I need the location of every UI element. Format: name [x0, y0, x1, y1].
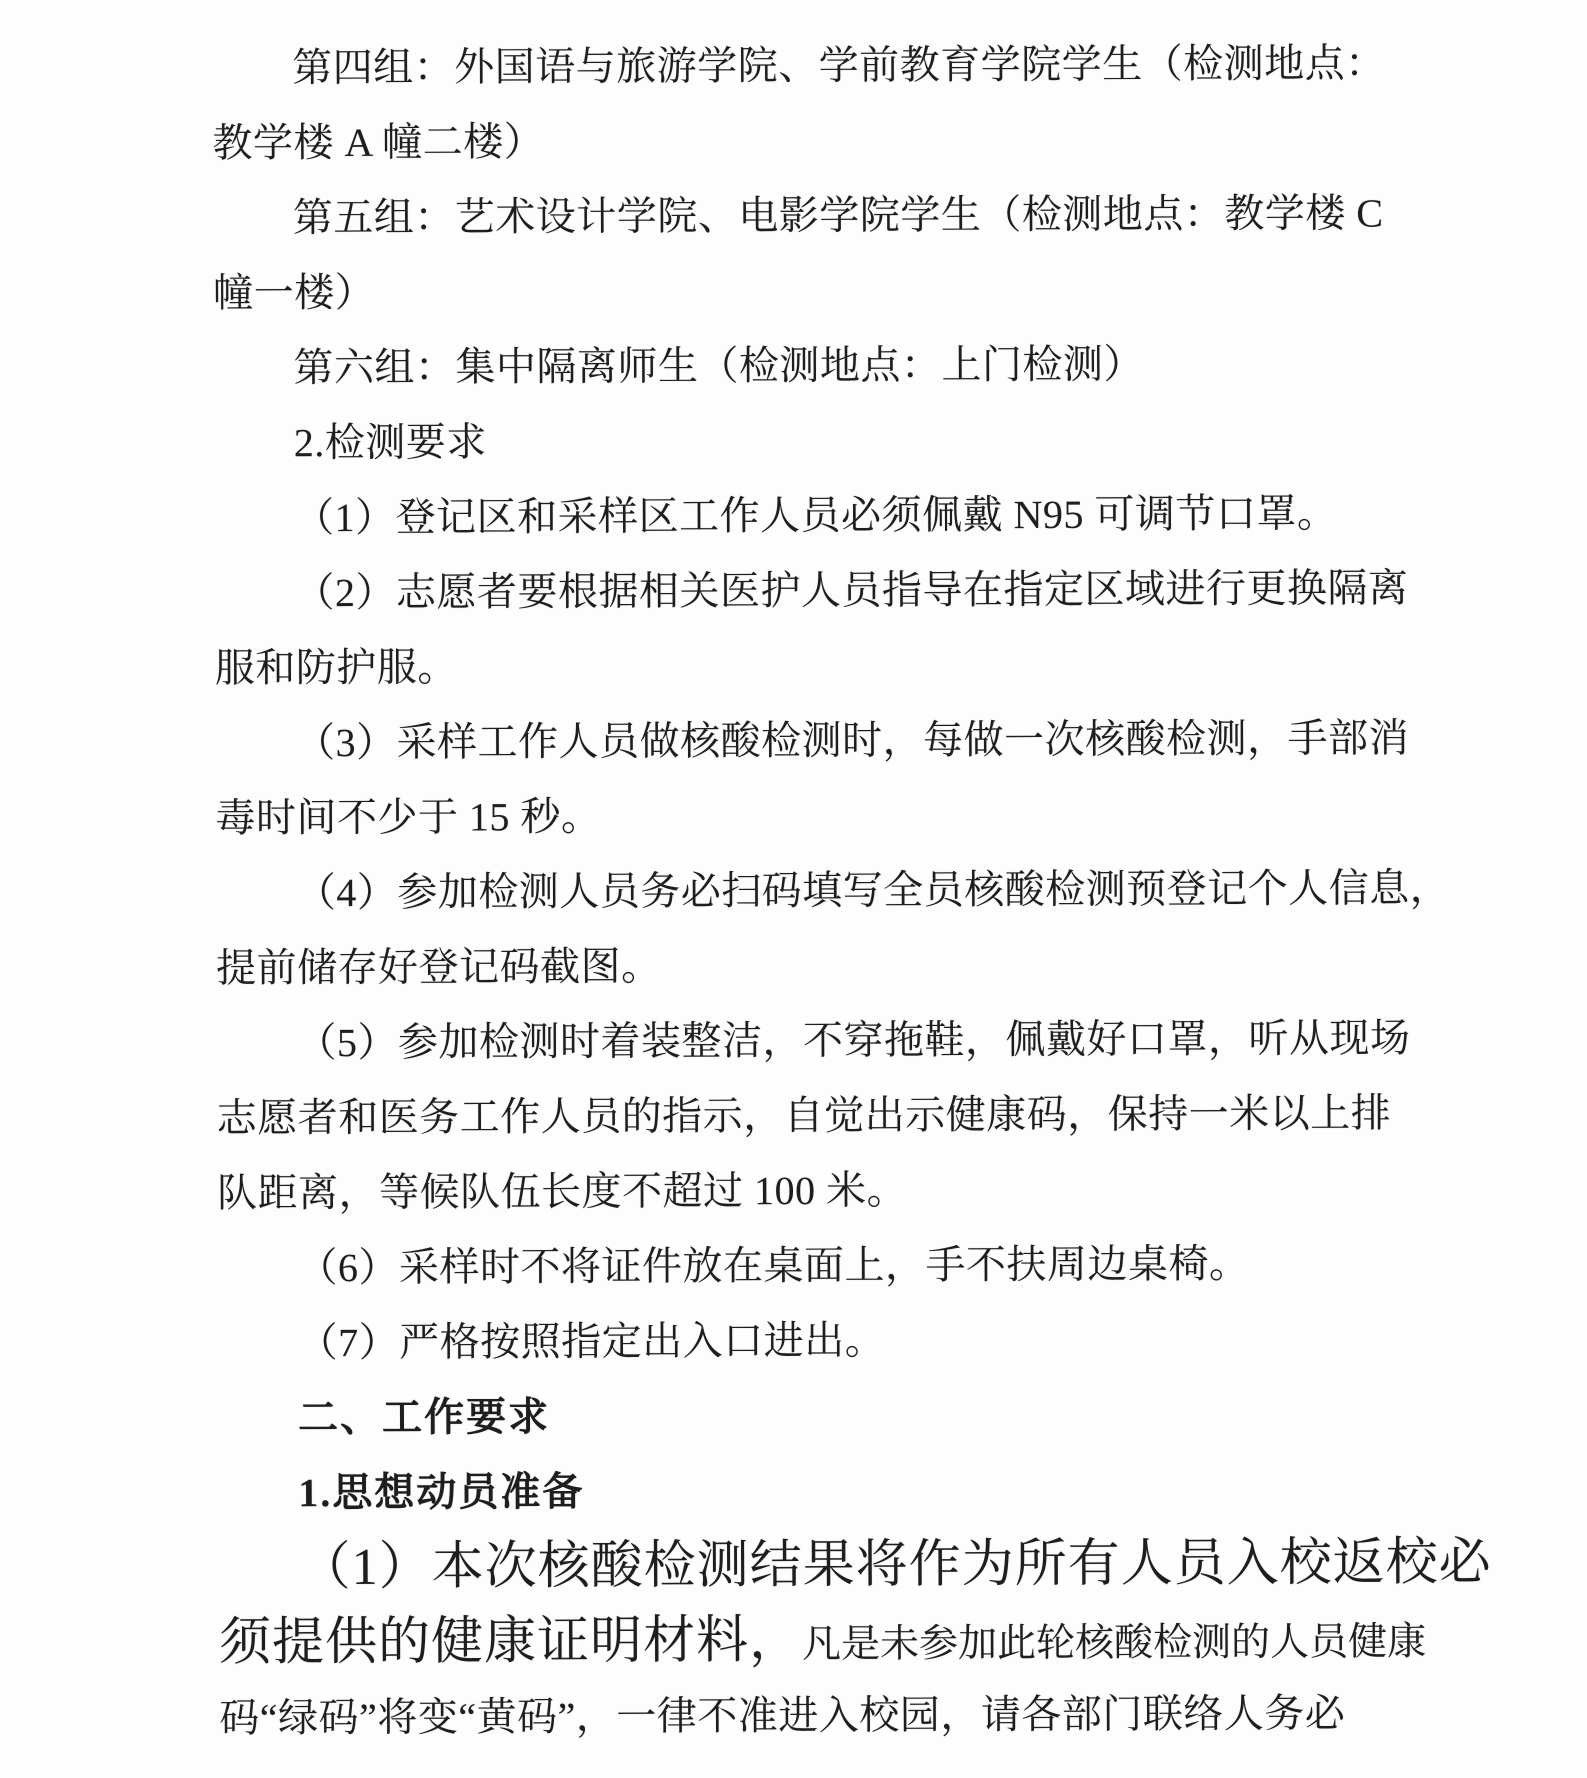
doc-line-item4-cont: 提前储存好登记码截图。 — [216, 925, 1406, 1005]
doc-line-item3: （3）采样工作人员做核酸检测时，每做一次核酸检测，手部消 — [215, 700, 1405, 780]
doc-line-item4: （4）参加检测人员务必扫码填写全员核酸检测预登记个人信息， — [216, 850, 1406, 930]
doc-line-item5-cont1: 志愿者和医务工作人员的指示，自觉出示健康码，保持一米以上排 — [217, 1075, 1407, 1155]
doc-line-group6: 第六组：集中隔离师生（检测地点：上门检测） — [213, 325, 1403, 405]
emphasis-line-1: （1）本次核酸检测结果将作为所有人员入校返校必 — [219, 1525, 1409, 1605]
emphasis-line-2: 须提供的健康证明材料，凡是未参加此轮核酸检测的人员健康 — [219, 1600, 1409, 1680]
doc-line-item2-cont: 服和防护服。 — [215, 625, 1405, 705]
emphasis-normal-text: 凡是未参加此轮核酸检测的人员健康 — [802, 1620, 1426, 1666]
doc-line-section-testing-requirements: 2.检测要求 — [214, 400, 1404, 480]
doc-line-item5-cont2: 队距离，等候队伍长度不超过 100 米。 — [217, 1150, 1407, 1230]
doc-line-item1: （1）登记区和采样区工作人员必须佩戴 N95 可调节口罩。 — [214, 475, 1404, 555]
doc-line-item7: （7）严格按照指定出入口进出。 — [218, 1300, 1408, 1380]
doc-line-group5-cont: 幢一楼） — [213, 250, 1403, 330]
doc-line-group5: 第五组：艺术设计学院、电影学院学生（检测地点：教学楼 C — [213, 175, 1403, 255]
doc-line-item6: （6）采样时不将证件放在桌面上，手不扶周边桌椅。 — [217, 1225, 1407, 1305]
doc-line-item3-cont: 毒时间不少于 15 秒。 — [215, 775, 1405, 855]
doc-line-item5: （5）参加检测时着装整洁，不穿拖鞋，佩戴好口罩，听从现场 — [216, 1000, 1406, 1080]
section-heading-mobilization: 1.思想动员准备 — [218, 1450, 1408, 1530]
doc-line-group4: 第四组：外国语与旅游学院、学前教育学院学生（检测地点： — [212, 25, 1402, 105]
emphasis-large-text: 须提供的健康证明材料， — [219, 1612, 802, 1672]
doc-line-item2: （2）志愿者要根据相关医护人员指导在指定区域进行更换隔离 — [214, 550, 1404, 630]
document-page: 第四组：外国语与旅游学院、学前教育学院学生（检测地点： 教学楼 A 幢二楼） 第… — [212, 25, 1410, 1755]
doc-line-group4-cont: 教学楼 A 幢二楼） — [212, 100, 1402, 180]
doc-line-final: 码“绿码”将变“黄码”，一律不准进入校园，请各部门联络人务必 — [219, 1675, 1409, 1755]
section-heading-work-requirements: 二、工作要求 — [218, 1375, 1408, 1455]
